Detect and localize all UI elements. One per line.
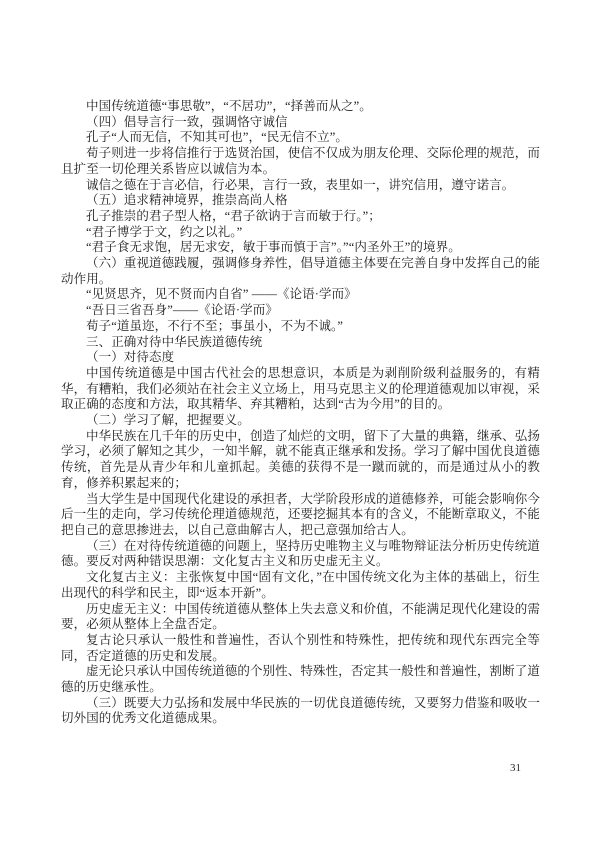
paragraph: 中华民族在几千年的历史中，创造了灿烂的文明，留下了大量的典籍，继承、弘扬学习，必…	[61, 429, 540, 492]
paragraph: 当大学生是中国现代化建设的承担者，大学阶段形成的道德修养，可能会影响你今后一生的…	[61, 492, 540, 539]
paragraph: “见贤思齐，见不贤而内自省” ——《论语·学而》	[61, 287, 540, 303]
paragraph: 虚无论只承认中国传统道德的个别性、特殊性，否定其一般性和普遍性，割断了道德的历史…	[61, 664, 540, 695]
paragraph: （六）重视道德践履，强调修身养性，倡导道德主体要在完善自身中发挥自己的能动作用。	[61, 256, 540, 287]
page-number: 31	[510, 761, 521, 775]
body-text-block: 中国传统道德“事思敬”，“不居功”，“择善而从之”。（四）倡导言行一致，强调恪守…	[61, 99, 540, 727]
paragraph: （三）在对待传统道德的问题上，坚持历史唯物主义与唯物辩证法分析历史传统道德。要反…	[61, 539, 540, 570]
paragraph: 三、正确对待中华民族道德传统	[61, 335, 540, 351]
paragraph: （四）倡导言行一致，强调恪守诚信	[61, 115, 540, 131]
paragraph: 文化复古主义：主张恢复中国“固有文化，”在中国传统文化为主体的基础上，衍生出现代…	[61, 570, 540, 601]
paragraph: （二）学习了解，把握要义。	[61, 413, 540, 429]
paragraph: （一）对待态度	[61, 350, 540, 366]
paragraph: 孔子推崇的君子型人格，“君子欲讷于言而敏于行。”；	[61, 209, 540, 225]
paragraph: （五）追求精神境界，推崇高尚人格	[61, 193, 540, 209]
paragraph: （三）既要大力弘扬和发展中华民族的一切优良道德传统，又要努力借鉴和吸收一切外国的…	[61, 696, 540, 727]
paragraph: 中国传统道德是中国古代社会的思想意识，本质是为剥削阶级利益服务的，有精华，有糟粕…	[61, 366, 540, 413]
paragraph: 历史虚无主义：中国传统道德从整体上失去意义和价值，不能满足现代化建设的需要，必须…	[61, 602, 540, 633]
paragraph: 诚信之德在于言必信，行必果，言行一致，表里如一，讲究信用，遵守诺言。	[61, 178, 540, 194]
document-page: 中国传统道德“事思敬”，“不居功”，“择善而从之”。（四）倡导言行一致，强调恪守…	[0, 0, 600, 849]
paragraph: “君子食无求饱，居无求安，敏于事而慎于言”。”“内圣外王”的境界。	[61, 240, 540, 256]
paragraph: 荀子“道虽迩，不行不至；事虽小，不为不诚。”	[61, 319, 540, 335]
paragraph: 中国传统道德“事思敬”，“不居功”，“择善而从之”。	[61, 99, 540, 115]
paragraph: “吾日三省吾身”——《论语·学而》	[61, 303, 540, 319]
paragraph: 复古论只承认一般性和普遍性，否认个别性和特殊性，把传统和现代东西完全等同，否定道…	[61, 633, 540, 664]
paragraph: 孔子“人而无信，不知其可也”，“民无信不立”。	[61, 130, 540, 146]
paragraph: “君子博学于文，约之以礼。”	[61, 225, 540, 241]
paragraph: 荀子则进一步将信推行于选贤治国，使信不仅成为朋友伦理、交际伦理的规范，而且扩至一…	[61, 146, 540, 177]
